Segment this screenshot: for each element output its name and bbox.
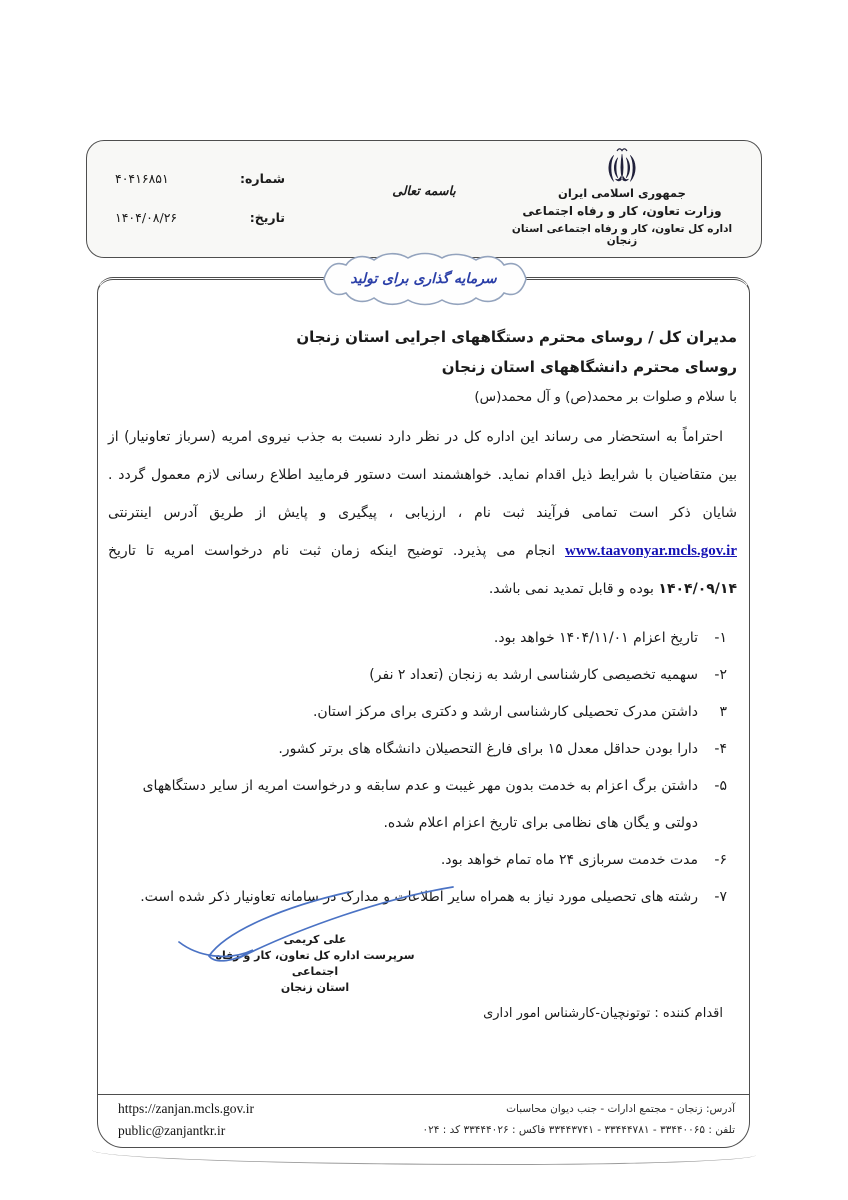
basmala-text: باسمه تعالی (392, 183, 456, 198)
letter-paragraph: احتراماً به استحضار می رساند این اداره ک… (108, 418, 737, 608)
scan-bottom-curve-line (92, 1146, 756, 1165)
footer-email: public@zanjantkr.ir (118, 1120, 254, 1142)
footer: آدرس: زنجان - مجتمع ادارات - جنب دیوان م… (98, 1094, 749, 1147)
body-text-1: احتراماً به استحضار می رساند این اداره ک… (108, 429, 737, 521)
signature-block: علی کریمی سرپرست اداره کل تعاون، کار و ر… (197, 886, 433, 996)
date-label: تاریخ: (250, 210, 285, 225)
number-label: شماره: (240, 171, 285, 186)
list-item-number: ۴- (707, 731, 727, 768)
footer-contact-en: https://zanjan.mcls.gov.ir public@zanjan… (118, 1098, 254, 1142)
list-item-text: دارا بودن حداقل معدل ۱۵ برای فارغ التحصی… (110, 731, 698, 768)
list-item: ۵- داشتن برگ اعزام به خدمت بدون مهر غیبت… (110, 768, 727, 842)
list-item: ۴- دارا بودن حداقل معدل ۱۵ برای فارغ الت… (110, 731, 727, 768)
slogan-banner: سرمایه گذاری برای تولید (316, 252, 532, 306)
letterhead: جمهوری اسلامی ایران وزارت تعاون، کار و ر… (86, 140, 762, 258)
list-item: ۱- تاریخ اعزام ۱۴۰۴/۱۱/۰۱ خواهد بود. (110, 620, 727, 657)
list-item-number: ۱- (707, 620, 727, 657)
list-item-text: داشتن برگ اعزام به خدمت بدون مهر غیبت و … (110, 768, 698, 842)
letter-body-frame: سرمایه گذاری برای تولید مدیران کل / روسا… (97, 277, 750, 1148)
number-date-block: شماره: ۴۰۴۱۶۸۵۱ تاریخ: ۱۴۰۴/۰۸/۲۶ (115, 171, 285, 249)
slogan-text: سرمایه گذاری برای تولید (316, 252, 532, 306)
org-block: جمهوری اسلامی ایران وزارت تعاون، کار و ر… (497, 143, 747, 247)
body-text-2: انجام می پذیرد. توضیح اینکه زمان ثبت نام… (108, 543, 555, 559)
recipients-block: مدیران کل / روسای محترم دستگاههای اجرایی… (110, 322, 737, 382)
list-item-text: تاریخ اعزام ۱۴۰۴/۱۱/۰۱ خواهد بود. (110, 620, 698, 657)
list-item-text: مدت خدمت سربازی ۲۴ ماه تمام خواهد بود. (110, 842, 698, 879)
org-line-country: جمهوری اسلامی ایران (497, 186, 747, 200)
list-item-number: ۲- (707, 657, 727, 694)
org-line-ministry: وزارت تعاون، کار و رفاه اجتماعی (497, 204, 747, 218)
list-item-number: ۵- (707, 768, 727, 805)
footer-phones: تلفن : ۳۳۴۴۰۰۶۵ - ۳۳۴۴۴۷۸۱ - ۳۳۴۴۳۷۴۱ فا… (423, 1120, 736, 1141)
list-item-text: داشتن مدرک تحصیلی کارشناسی ارشد و دکتری … (110, 694, 698, 731)
list-item-number: ۳ (707, 694, 727, 731)
letter-number-row: شماره: ۴۰۴۱۶۸۵۱ (115, 171, 285, 186)
list-item-number: ۶- (707, 842, 727, 879)
deadline-date: ۱۴۰۴/۰۹/۱۴ (658, 581, 737, 597)
number-value: ۴۰۴۱۶۸۵۱ (115, 171, 169, 186)
list-item-number: ۷- (707, 879, 727, 916)
body-text-3: بوده و قابل تمدید نمی باشد. (489, 581, 654, 597)
list-item: ۲- سهمیه تخصیصی کارشناسی ارشد به زنجان (… (110, 657, 727, 694)
footer-website: https://zanjan.mcls.gov.ir (118, 1098, 254, 1120)
footer-contact-fa: آدرس: زنجان - مجتمع ادارات - جنب دیوان م… (423, 1099, 736, 1141)
letter-date-row: تاریخ: ۱۴۰۴/۰۸/۲۶ (115, 210, 285, 225)
iran-emblem-icon (603, 147, 641, 185)
org-line-office: اداره کل تعاون، کار و رفاه اجتماعی استان… (497, 223, 747, 247)
salutation-line: با سلام و صلوات بر محمد(ص) و آل محمد(س) (110, 384, 737, 410)
letter-page: جمهوری اسلامی ایران وزارت تعاون، کار و ر… (0, 0, 848, 1200)
recipient-line-2: روسای محترم دانشگاههای استان زنجان (110, 352, 737, 382)
signer-title-2: استان زنجان (197, 980, 433, 996)
list-item: ۳ داشتن مدرک تحصیلی کارشناسی ارشد و دکتر… (110, 694, 727, 731)
list-item-text: سهمیه تخصیصی کارشناسی ارشد به زنجان (تعد… (110, 657, 698, 694)
handwritten-signature-icon (169, 884, 459, 964)
action-officer-line: اقدام کننده : توتونچیان-کارشناس امور ادا… (483, 1006, 723, 1021)
list-item: ۶- مدت خدمت سربازی ۲۴ ماه تمام خواهد بود… (110, 842, 727, 879)
date-value: ۱۴۰۴/۰۸/۲۶ (115, 210, 177, 225)
conditions-list: ۱- تاریخ اعزام ۱۴۰۴/۱۱/۰۱ خواهد بود. ۲- … (110, 620, 727, 916)
taavonyar-url-link[interactable]: www.taavonyar.mcls.gov.ir (565, 543, 737, 559)
footer-address: آدرس: زنجان - مجتمع ادارات - جنب دیوان م… (423, 1099, 736, 1120)
recipient-line-1: مدیران کل / روسای محترم دستگاههای اجرایی… (110, 322, 737, 352)
